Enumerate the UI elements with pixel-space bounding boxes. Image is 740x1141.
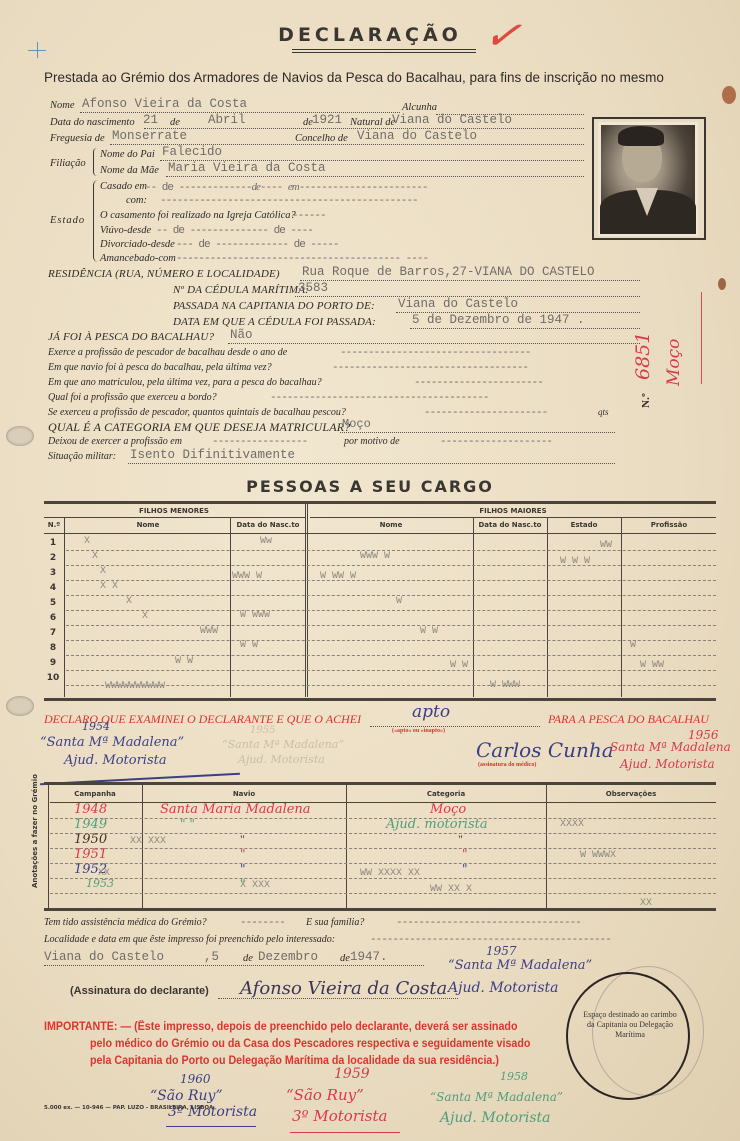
assistencia-familia-field[interactable]: ---------------------------------	[396, 917, 616, 929]
rust-stain	[722, 86, 736, 104]
freguesia-label: Freguesia de	[50, 133, 105, 144]
table-row: 3	[44, 566, 716, 581]
table-row: 1953 "	[50, 879, 716, 894]
document-title: DECLARAÇÃO	[0, 24, 740, 46]
table-row: 4	[44, 581, 716, 596]
medico-signature[interactable]: Carlos Cunha	[476, 738, 614, 762]
motivo-field[interactable]: --------------------	[440, 436, 615, 448]
annotation-ship: “Santa Mª Madalena”	[40, 735, 184, 750]
data-cedula-field[interactable]: 5 de Dezembro de 1947 .	[412, 313, 585, 327]
declarante-label: (Assinatura do declarante)	[70, 985, 209, 997]
ultimo-navio-field[interactable]: -----------------------------------	[332, 362, 615, 374]
printer-imprint: 5.000 ex. — 10-946 — PAP. LUZO - BRASILE…	[44, 1105, 213, 1111]
title-underline	[292, 49, 476, 53]
dia-preenchimento-field[interactable]: ,5	[204, 950, 219, 964]
table-row: 1951 " "	[50, 849, 716, 864]
important-note-line2: pelo médico do Grémio ou da Casa dos Pes…	[90, 1038, 530, 1050]
side-note: N.º 6851 Moço	[638, 328, 728, 398]
casado-com-field[interactable]: ----------------------------------------…	[160, 195, 585, 207]
divorciado-field[interactable]: --- de ------------- de -----	[176, 239, 376, 251]
igreja-field[interactable]: ------	[292, 210, 352, 222]
capitania-label: PASSADA NA CAPITANIA DO PORTO DE:	[173, 300, 375, 312]
side-categoria: Moço	[664, 339, 684, 386]
cedula-field[interactable]: 3583	[298, 281, 328, 295]
deixou-field[interactable]: -----------------	[212, 436, 342, 448]
desde-field[interactable]: ----------------------------------	[340, 347, 615, 359]
document-subtitle: Prestada ao Grémio dos Armadores de Navi…	[44, 70, 664, 85]
anotacoes-side-label: Anotações a fazer no Grémio	[31, 778, 39, 888]
cedula-label: Nº DA CÉDULA MARÍTIMA:	[173, 284, 309, 296]
casado-field[interactable]: -- de -------------de---- em------------…	[145, 181, 585, 194]
natural-field[interactable]: Viana do Castelo	[392, 113, 512, 127]
pessoas-title: PESSOAS A SEU CARGO	[0, 477, 740, 496]
freguesia-field[interactable]: Monserrate	[112, 129, 187, 143]
profissao-bordo-field[interactable]: ---------------------------------------	[270, 392, 615, 404]
nome-label: Nome	[50, 100, 75, 111]
mes-nascimento-field[interactable]: Abril	[208, 113, 246, 127]
ano-preenchimento-field[interactable]: 1947.	[350, 950, 388, 964]
apto-field[interactable]: apto	[412, 702, 450, 722]
concelho-label: Concelho de	[295, 133, 348, 144]
mes-preenchimento-field[interactable]: Dezembro	[258, 950, 318, 964]
categoria-field[interactable]: Moço	[342, 417, 371, 431]
nome-field[interactable]: Afonso Vieira da Costa	[82, 97, 247, 111]
mae-label: Nome da Mãe	[100, 165, 159, 176]
alcunha-label: Alcunha	[402, 102, 437, 113]
filiacao-brace	[93, 148, 98, 176]
table-row: 1949 " " Ajud. motorista XXXX	[50, 819, 716, 834]
natural-label: Natural de	[350, 117, 395, 128]
ultimo-ano-field[interactable]: -----------------------	[414, 377, 614, 389]
concelho-field[interactable]: Viana do Castelo	[357, 129, 477, 143]
important-note-line3: pela Capitania do Porto ou Delegação Mar…	[90, 1055, 499, 1067]
filler-mark: X	[84, 536, 90, 547]
table-row: 5	[44, 596, 716, 611]
pai-label: Nome do Pai	[100, 149, 155, 160]
table-row: 9	[44, 656, 716, 671]
viuvo-field[interactable]: -- de -------------- de ----	[156, 225, 356, 237]
estado-brace	[93, 180, 98, 262]
punch-hole	[6, 696, 34, 716]
check-mark-icon: ✓	[481, 8, 525, 64]
ja-foi-field[interactable]: Não	[230, 328, 253, 342]
table-row: 1	[44, 536, 716, 551]
important-note-line1: IMPORTANTE: — (Êste impresso, depois de …	[44, 1021, 517, 1033]
ano-nascimento-field[interactable]: 1921	[312, 113, 342, 127]
quintais-field[interactable]: ----------------------	[424, 407, 596, 419]
capitania-field[interactable]: Viana do Castelo	[398, 297, 518, 311]
residencia-label: RESIDÊNCIA (RUA, NÚMERO E LOCALIDADE)	[48, 268, 280, 280]
residencia-field[interactable]: Rua Roque de Barros,27-VIANA DO CASTELO	[302, 265, 595, 279]
localidade-field[interactable]: Viana do Castelo	[44, 950, 164, 964]
campanhas-rows: 1948 Santa Maria Madalena Moço 1949 " " …	[50, 804, 716, 909]
categoria-label: QUAL É A CATEGORIA EM QUE DESEJA MATRICU…	[48, 420, 350, 435]
data-cedula-label: DATA EM QUE A CÉDULA FOI PASSADA:	[173, 316, 376, 328]
mae-field[interactable]: Maria Vieira da Costa	[168, 161, 326, 175]
declarante-signature[interactable]: Afonso Vieira da Costa	[240, 978, 447, 999]
table-row	[50, 894, 716, 909]
punch-hole	[6, 426, 34, 446]
registration-number: 6851	[632, 332, 654, 380]
data-nascimento-label: Data do nascimento	[50, 117, 135, 128]
assistencia-gremio-field[interactable]: --------	[240, 917, 296, 929]
filiacao-label: Filiação	[50, 158, 86, 169]
situacao-militar-field[interactable]: Isento Difinitivamente	[130, 448, 295, 462]
amancebado-field[interactable]: ----------------------------------------…	[176, 253, 586, 265]
pai-field[interactable]: Falecido	[162, 145, 222, 159]
stamp-area-text: Espaço destinado ao carimbo da Capitania…	[580, 1010, 680, 1040]
table-row: 7	[44, 626, 716, 641]
dia-nascimento-field[interactable]: 21	[143, 113, 158, 127]
ja-foi-label: JÁ FOI À PESCA DO BACALHAU?	[48, 331, 214, 343]
table-row: 1948 Santa Maria Madalena Moço	[50, 804, 716, 819]
table-row: 8	[44, 641, 716, 656]
estado-label: Estado	[50, 215, 85, 226]
